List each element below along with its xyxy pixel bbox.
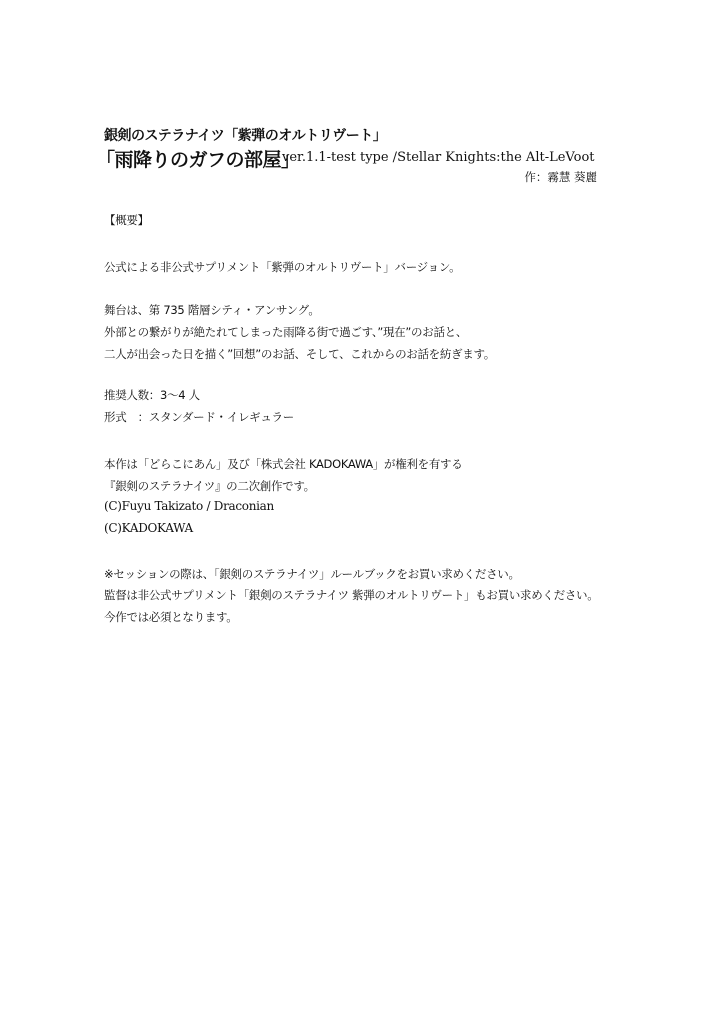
note-line1: ※セッションの際は、「銀剣のステラナイツ」ルールブックをお買い求めください。 [104,566,520,582]
description-line2: 二人が出会った日を描く”回想”のお話、そして、これからのお話を紡ぎます。 [104,346,495,362]
players-text: 推奨人数：3～4 人 [104,387,200,403]
format-text: 形式 ：スタンダード・イレギュラー [104,409,294,425]
note-line3: 今作では必須となります。 [104,609,237,625]
description-line1: 外部との繋がりが絶たれてしまった雨降る街で過ごす、”現在”のお話と、 [104,324,467,340]
overview-heading: 【概要】 [104,212,149,228]
document-subtitle: 銀剣のステラナイツ「紫弾のオルトリヴート」 [104,125,386,145]
copyright-line1: 本作は「どらこにあん」及び「株式会社 KADOKAWA」が権利を有する [104,456,462,472]
document-title: 「雨降りのガフの部屋」 [96,145,300,172]
overview-line1: 公式による非公式サプリメント「紫弾のオルトリヴート」バージョン。 [104,259,460,275]
version-label: ver.1.1-test type /Stellar Knights:the A… [282,150,595,165]
copyright-line4: (C)KADOKAWA [104,521,193,535]
copyright-line3: (C)Fuyu Takizato / Draconian [104,499,274,513]
copyright-line2: 『銀剣のステラナイツ』の二次創作です。 [104,478,315,494]
stage-text: 舞台は、第 735 階層シティ・アンサング。 [104,302,320,318]
note-line2: 監督は非公式サプリメント「銀剣のステラナイツ 紫弾のオルトリヴート」もお買い求め… [104,587,598,603]
author-label: 作：霧慧 葵麗 [524,169,597,185]
